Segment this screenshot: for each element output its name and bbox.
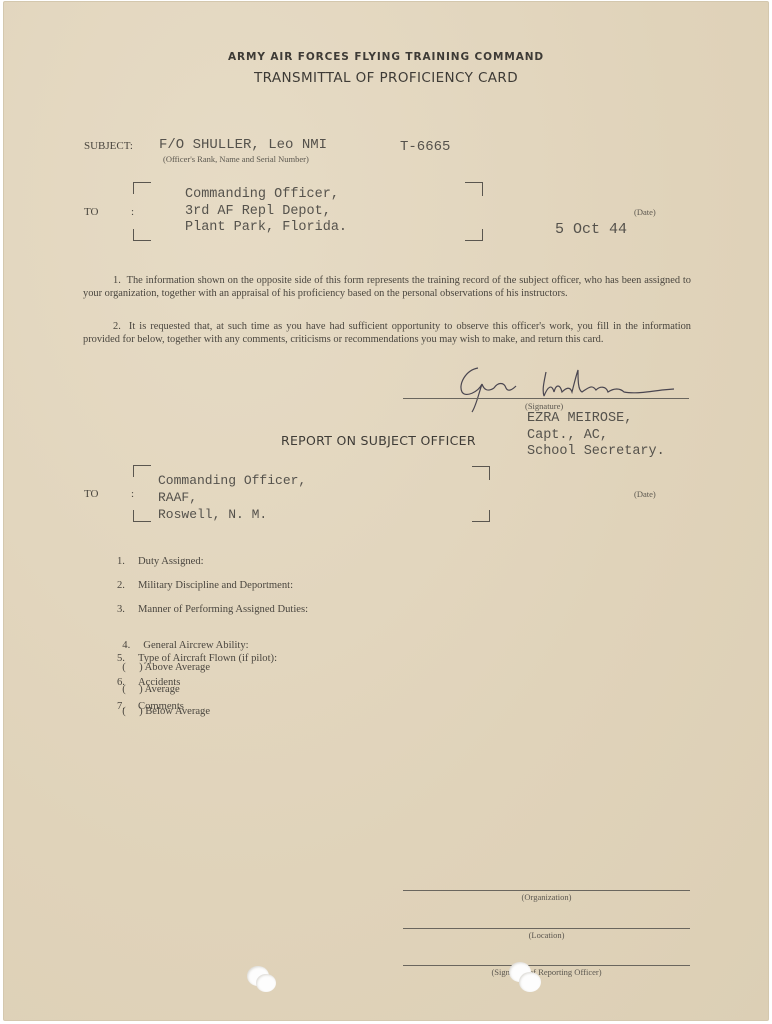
date-value: 5 Oct 44: [555, 221, 627, 238]
report-bracket-top-right: [472, 466, 490, 480]
report-item-manner: 3.Manner of Performing Assigned Duties:: [117, 604, 308, 615]
report-to-address: Commanding Officer, RAAF, Roswell, N. M.: [158, 472, 306, 523]
signatory-block: EZRA MEIROSE, Capt., AC, School Secretar…: [527, 411, 665, 461]
serial-number: T-6665: [400, 139, 450, 156]
organization-line[interactable]: [403, 890, 690, 891]
document-page: [4, 2, 768, 1020]
report-item-duty-assigned: 1.Duty Assigned:: [117, 556, 204, 567]
report-item-accidents: 6.Accidents: [117, 677, 180, 688]
signature-line: [403, 398, 689, 399]
paragraph-1: 1. The information shown on the opposite…: [83, 274, 691, 300]
location-caption: (Location): [403, 930, 690, 940]
organization-header: ARMY AIR FORCES FLYING TRAINING COMMAND: [0, 51, 772, 63]
report-address-line: Commanding Officer,: [158, 472, 306, 489]
signatory-rank: Capt., AC,: [527, 428, 665, 445]
punch-hole-right-2: [519, 972, 541, 992]
report-to-colon: :: [131, 488, 134, 500]
reporting-officer-signature-line[interactable]: [403, 965, 690, 966]
paragraph-2: 2. It is requested that, at such time as…: [83, 320, 691, 346]
to-colon: :: [131, 206, 134, 218]
to-label: TO: [84, 206, 98, 218]
to-address: Commanding Officer, 3rd AF Repl Depot, P…: [185, 187, 347, 237]
address-bracket-top-right: [465, 182, 483, 196]
reporting-officer-caption: (Signature of Reporting Officer): [403, 967, 690, 977]
report-address-line: RAAF,: [158, 489, 306, 506]
report-bracket-bottom-right: [472, 510, 490, 522]
report-item-aircraft-type: 5.Type of Aircraft Flown (if pilot):: [117, 653, 277, 664]
date-caption: (Date): [634, 207, 656, 217]
report-item-discipline: 2.Military Discipline and Deportment:: [117, 580, 293, 591]
signature-caption: (Signature): [525, 401, 563, 411]
address-bracket-top-left: [133, 182, 151, 194]
subject-label: SUBJECT:: [84, 140, 133, 152]
signatory-name: EZRA MEIROSE,: [527, 411, 665, 428]
address-bracket-bottom-right: [465, 229, 483, 241]
organization-caption: (Organization): [403, 892, 690, 902]
document-title: TRANSMITTAL OF PROFICIENCY CARD: [0, 70, 772, 86]
report-address-line: Roswell, N. M.: [158, 506, 306, 523]
report-bracket-bottom-left: [133, 510, 151, 522]
report-title: REPORT ON SUBJECT OFFICER: [281, 433, 476, 448]
subject-caption: (Officer's Rank, Name and Serial Number): [163, 154, 309, 164]
to-address-line: Commanding Officer,: [185, 187, 347, 204]
report-item-comments: 7.Comments: [117, 701, 184, 712]
report-to-label: TO: [84, 488, 98, 500]
to-address-line: Plant Park, Florida.: [185, 220, 347, 237]
address-bracket-bottom-left: [133, 229, 151, 241]
signatory-position: School Secretary.: [527, 444, 665, 461]
report-date-caption: (Date): [634, 489, 656, 499]
to-address-line: 3rd AF Repl Depot,: [185, 204, 347, 221]
handwritten-signature: [448, 362, 688, 414]
report-bracket-top-left: [133, 465, 151, 477]
subject-value: F/O SHULLER, Leo NMI: [159, 137, 327, 154]
location-line[interactable]: [403, 928, 690, 929]
punch-hole-left-2: [256, 974, 276, 992]
